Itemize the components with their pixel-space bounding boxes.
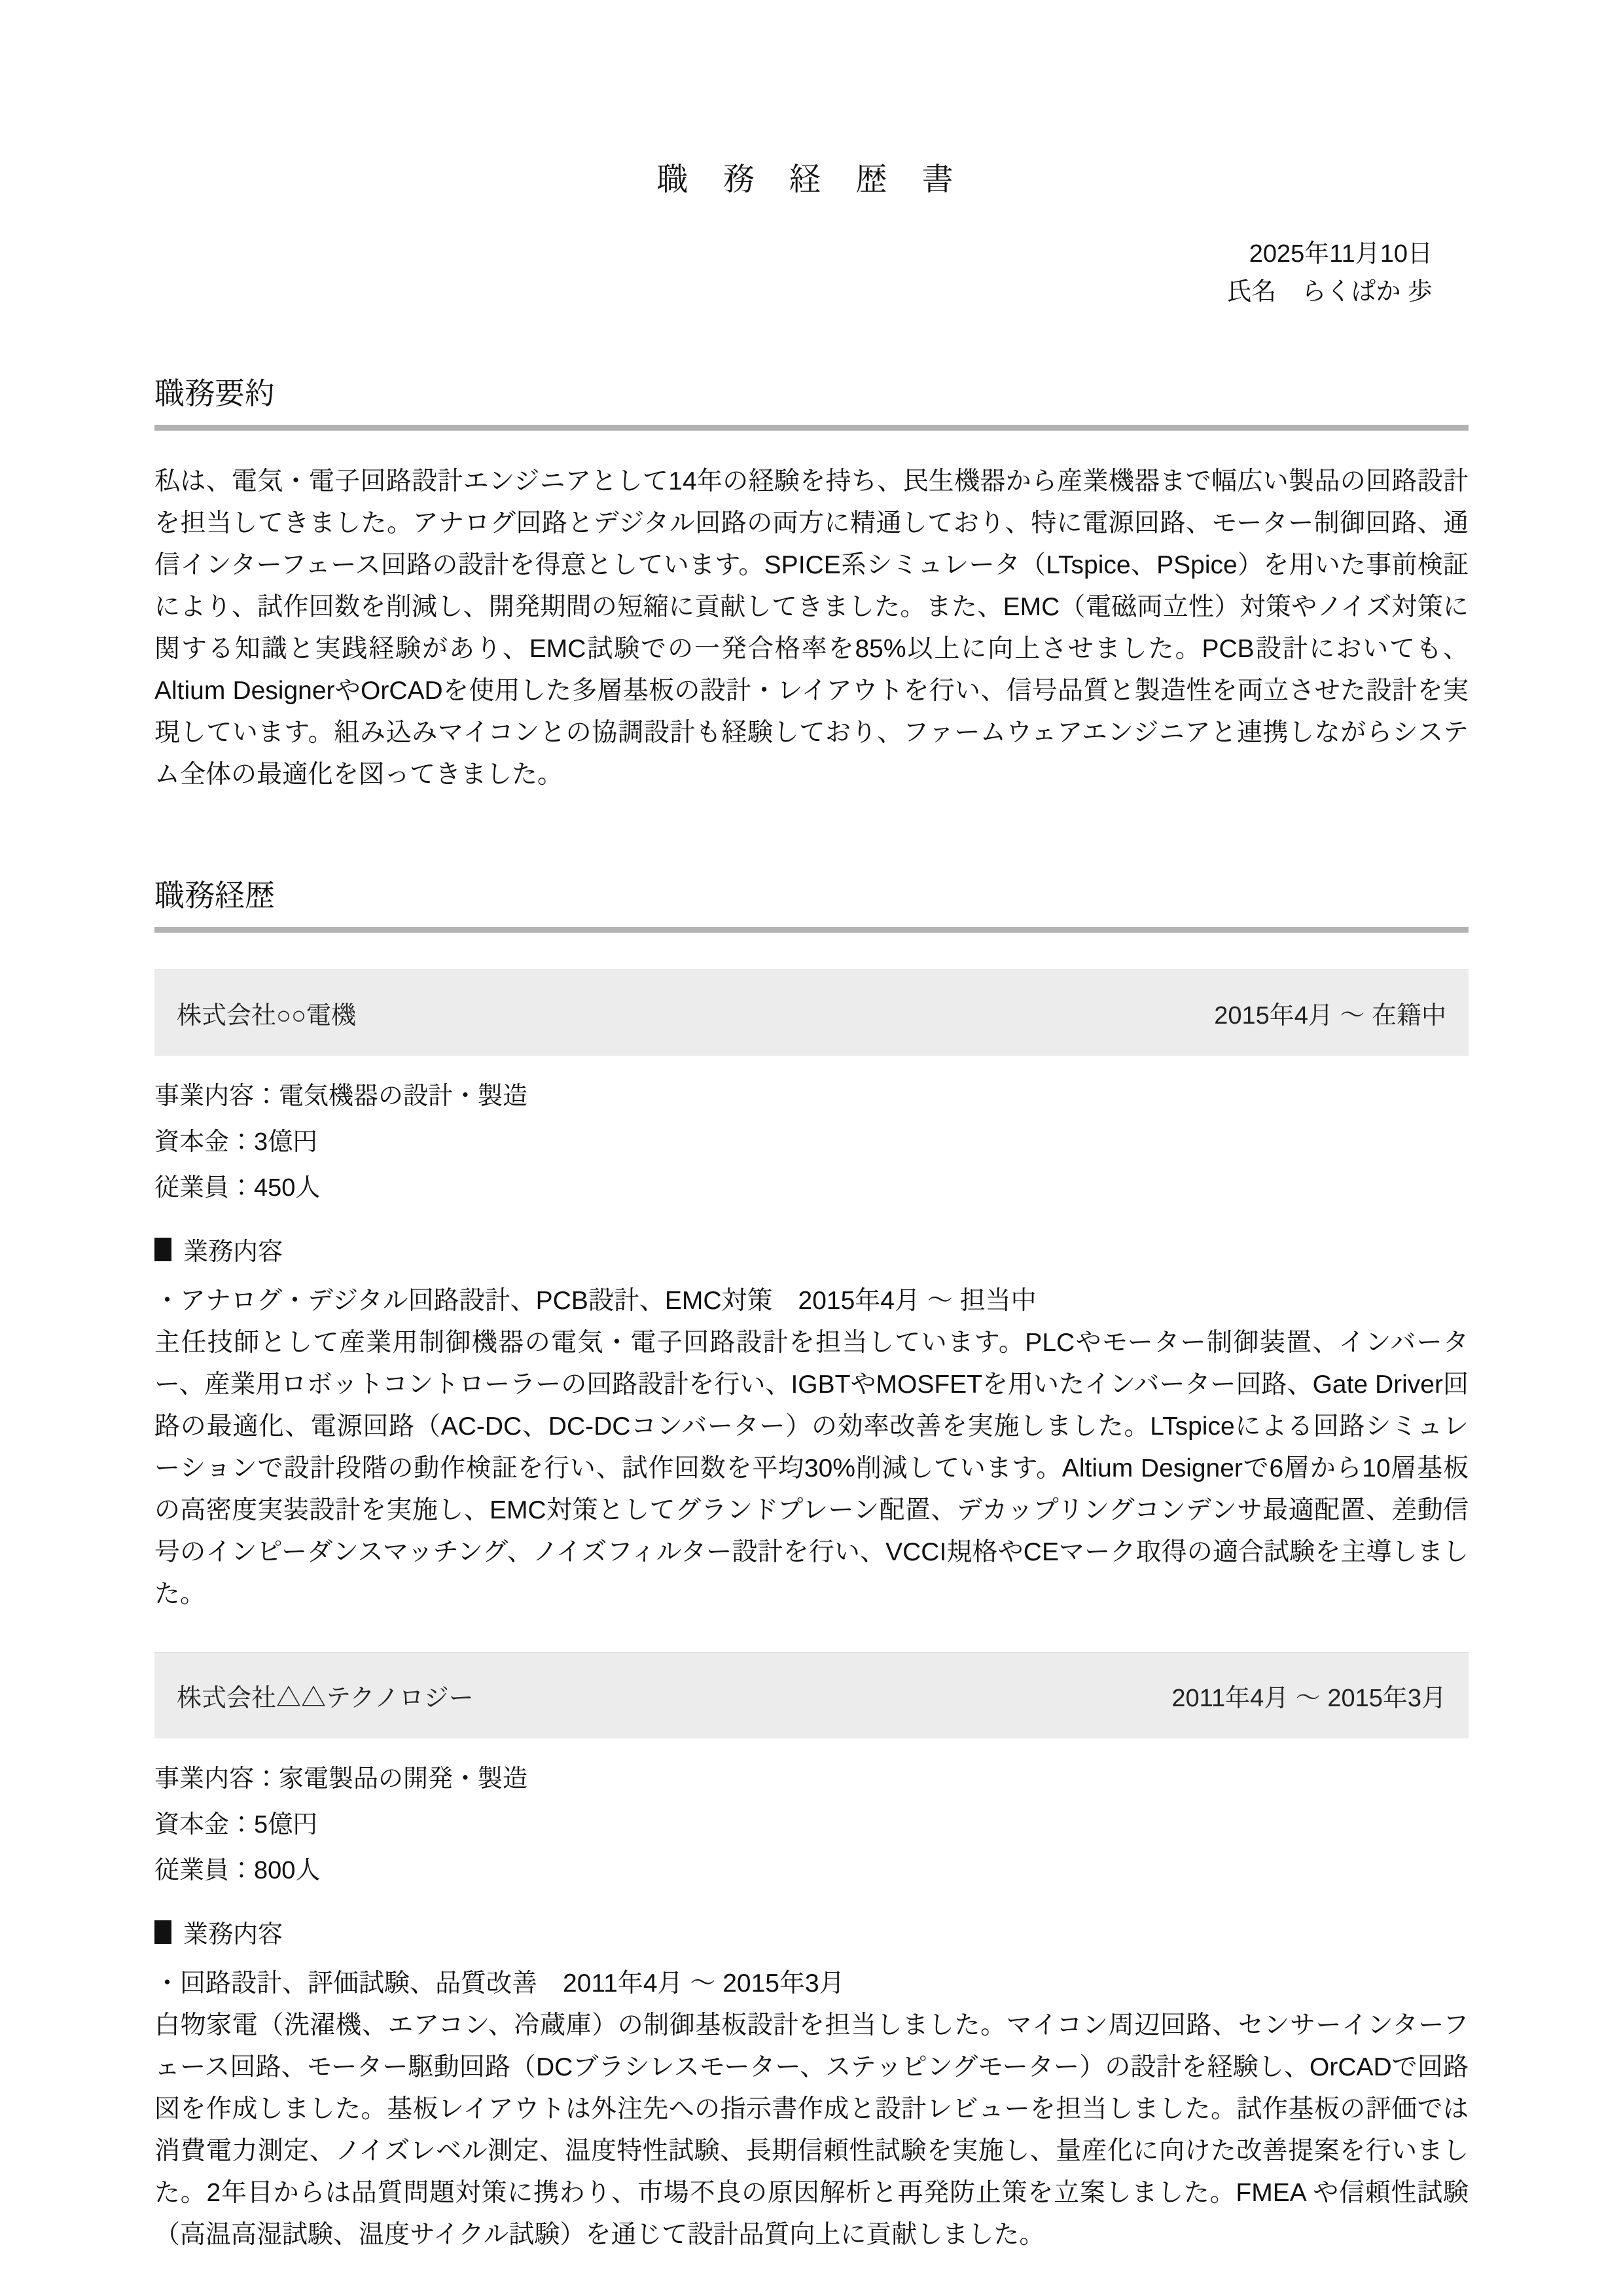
company-1-duties-heading: 業務内容 [154,1231,1469,1267]
company-2-employees: 従業員：800人 [154,1857,1469,1884]
square-bullet-icon [154,1920,171,1944]
company-1-employees: 従業員：450人 [154,1175,1469,1201]
company-1-name: 株式会社○○電機 [177,995,356,1031]
company-2-description: 白物家電（洗濯機、エアコン、冷蔵庫）の制御基板設計を担当しました。マイコン周辺回… [154,2005,1469,2256]
document-title: 職 務 経 歴 書 [154,154,1469,199]
company-1-capital: 資本金：3億円 [154,1129,1469,1155]
company-1-description: 主任技師として産業用制御機器の電気・電子回路設計を担当しています。PLCやモータ… [154,1322,1469,1615]
company-2-details: 事業内容：家電製品の開発・製造 資本金：5億円 従業員：800人 [154,1766,1469,1884]
company-2-period: 2011年4月 〜 2015年3月 [1171,1677,1446,1713]
company-2-business: 事業内容：家電製品の開発・製造 [154,1766,1469,1792]
summary-paragraph: 私は、電気・電子回路設計エンジニアとして14年の経験を持ち、民生機器から産業機器… [154,461,1469,796]
document-date: 2025年11月10日 [154,235,1433,273]
company-entry-1: 株式会社○○電機 2015年4月 〜 在籍中 事業内容：電気機器の設計・製造 資… [154,969,1469,1615]
square-bullet-icon [154,1238,171,1261]
history-section-divider [154,927,1469,933]
company-2-duties-label: 業務内容 [183,1914,283,1950]
company-1-period: 2015年4月 〜 在籍中 [1214,995,1446,1031]
resume-page: 職 務 経 歴 書 2025年11月10日 氏名 らくぱか 歩 職務要約 私は、… [0,0,1623,2296]
history-section-heading: 職務経歴 [154,872,1469,915]
company-1-business: 事業内容：電気機器の設計・製造 [154,1083,1469,1109]
company-1-duties-label: 業務内容 [183,1231,283,1267]
summary-section-divider [154,425,1469,431]
company-2-capital: 資本金：5億円 [154,1812,1469,1838]
company-1-details: 事業内容：電気機器の設計・製造 資本金：3億円 従業員：450人 [154,1083,1469,1201]
document-meta: 2025年11月10日 氏名 らくぱか 歩 [154,235,1469,311]
company-2-name: 株式会社△△テクノロジー [177,1677,474,1713]
company-entry-2: 株式会社△△テクノロジー 2011年4月 〜 2015年3月 事業内容：家電製品… [154,1652,1469,2256]
company-1-role-line: ・アナログ・デジタル回路設計、PCB設計、EMC対策 2015年4月 〜 担当中 [154,1280,1469,1322]
company-2-role-line: ・回路設計、評価試験、品質改善 2011年4月 〜 2015年3月 [154,1963,1469,2005]
applicant-name-line: 氏名 らくぱか 歩 [154,273,1433,311]
company-2-duties-heading: 業務内容 [154,1914,1469,1950]
summary-section-heading: 職務要約 [154,370,1469,413]
company-2-header-bar: 株式会社△△テクノロジー 2011年4月 〜 2015年3月 [154,1652,1469,1738]
company-1-header-bar: 株式会社○○電機 2015年4月 〜 在籍中 [154,969,1469,1056]
